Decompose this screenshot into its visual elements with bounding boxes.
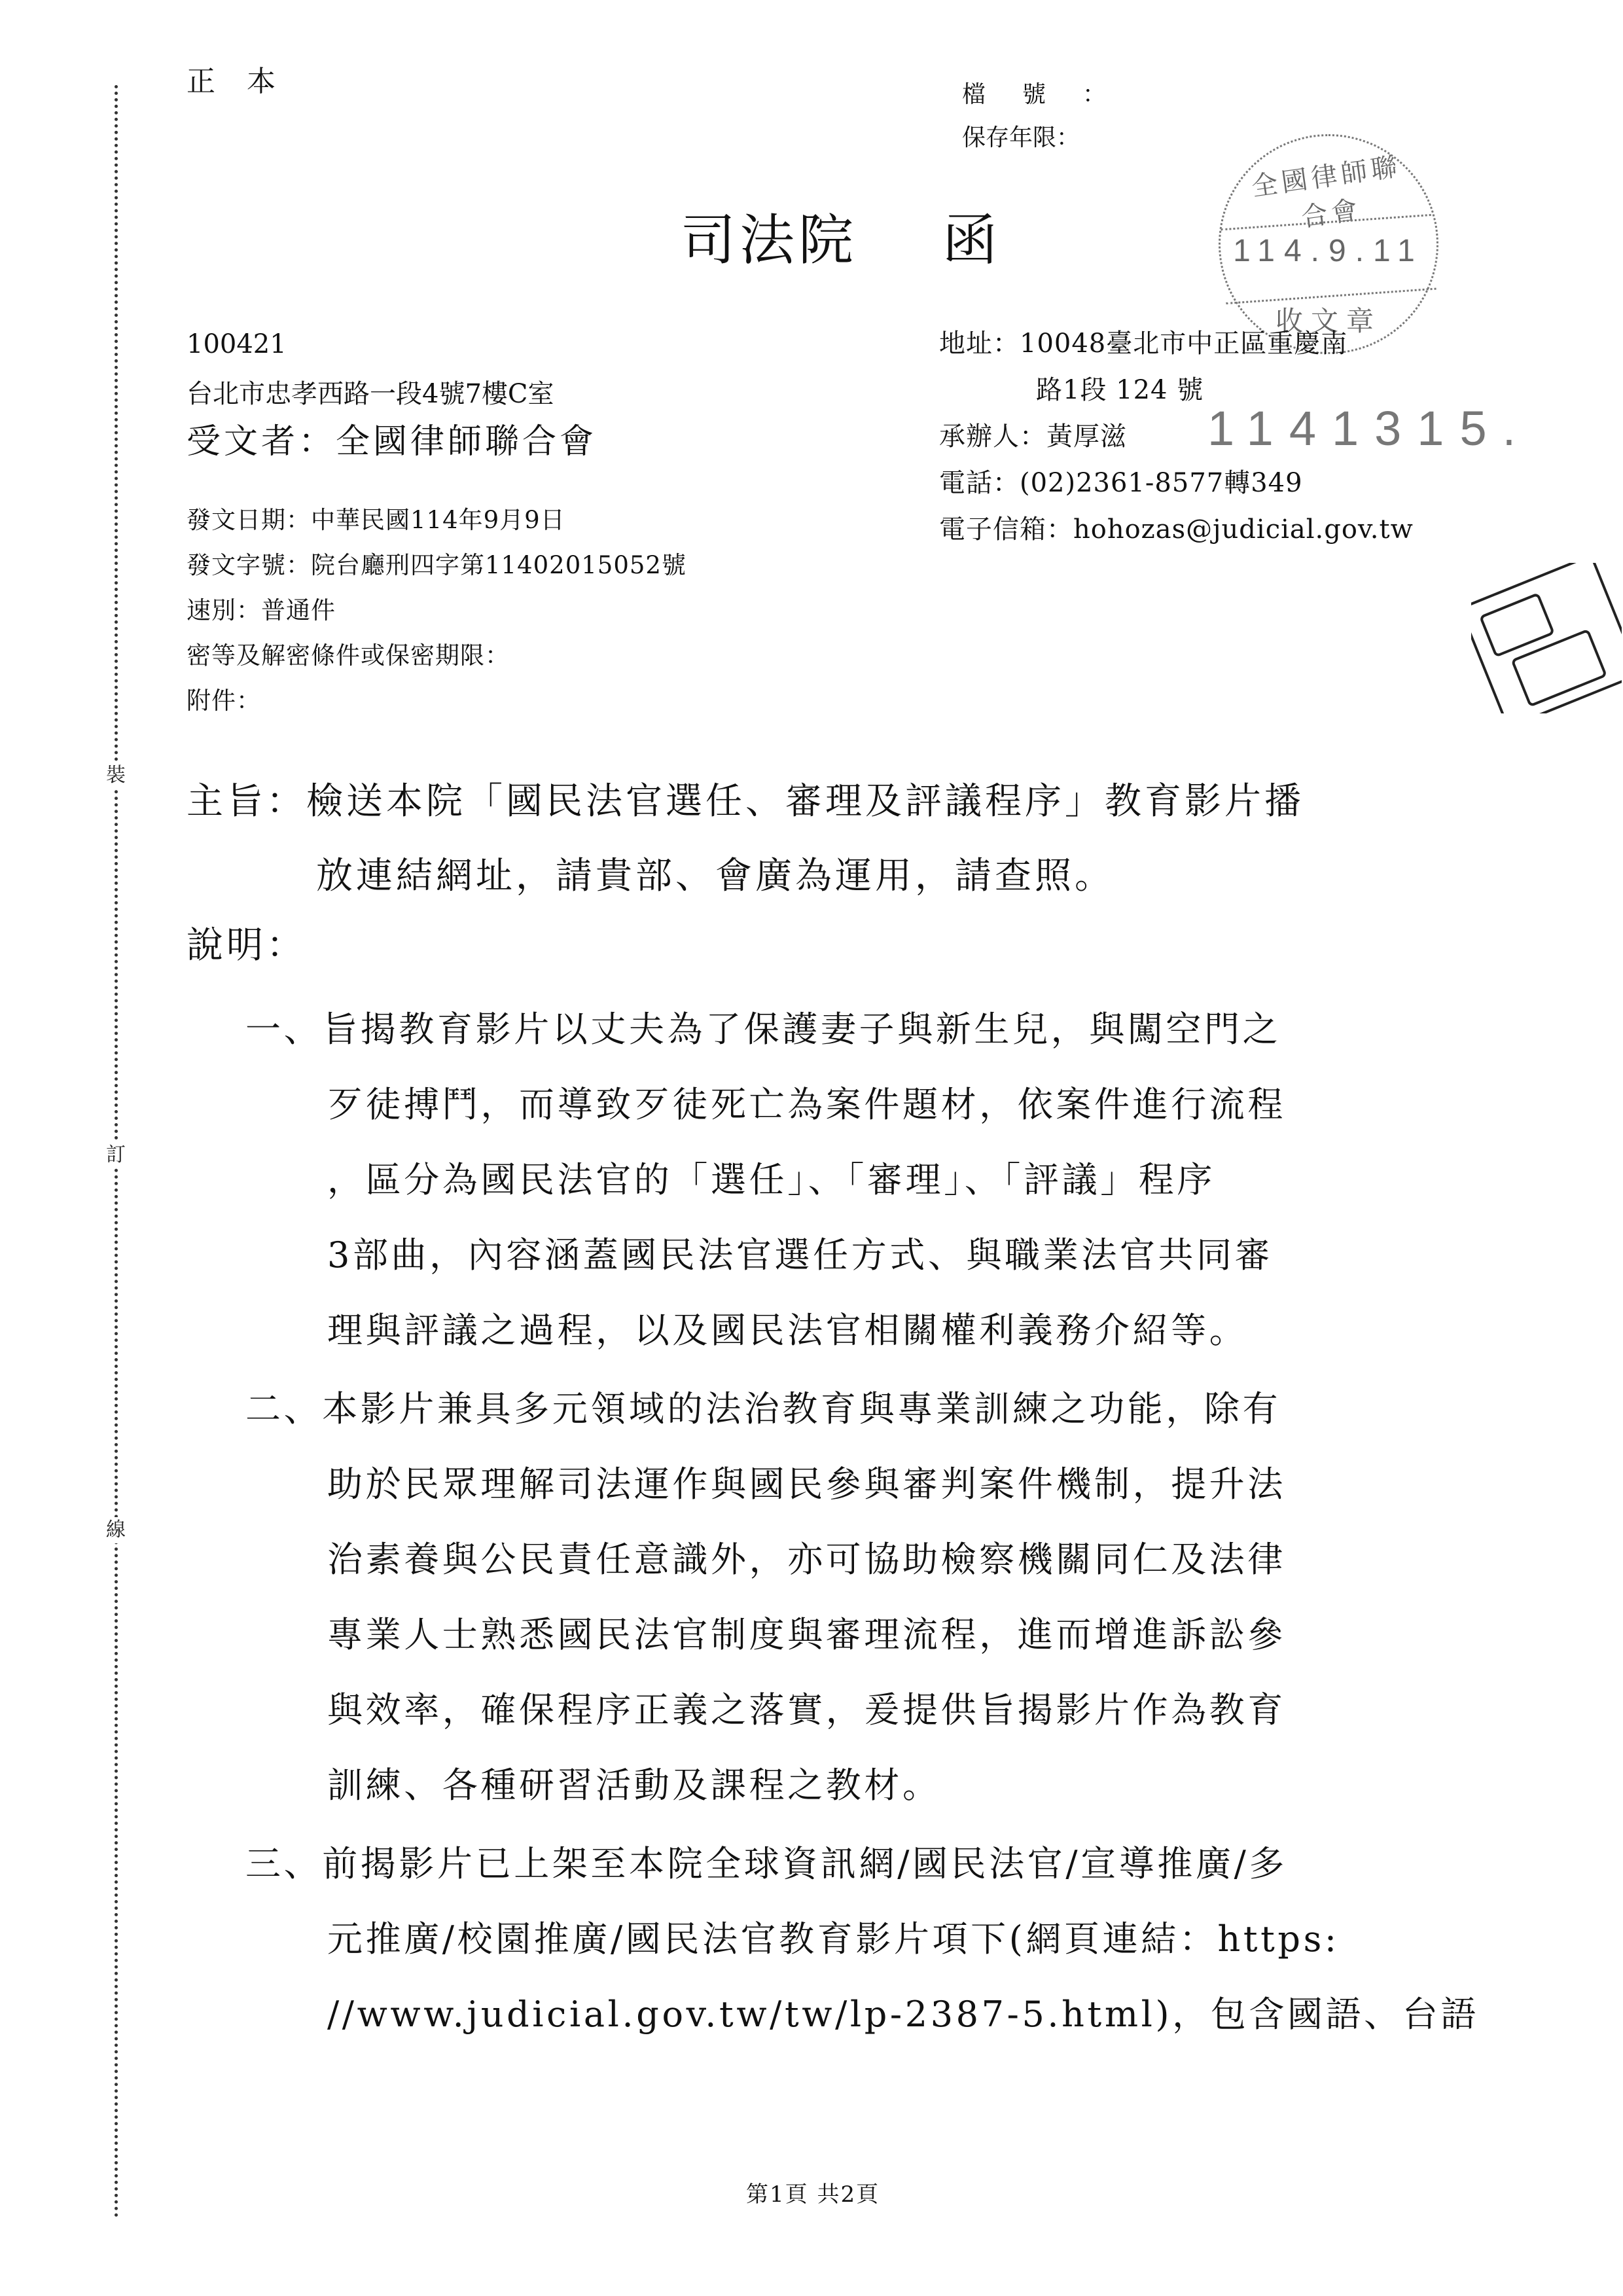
explanation-item-2: 二、本影片兼具多元領域的法治教育與專業訓練之功能，除有 助於民眾理解司法運作與國… — [245, 1371, 1479, 1823]
binding-char-zhuang: 裝 — [99, 762, 132, 789]
attachments: 附件： — [187, 678, 687, 723]
item-line-with-link: //www.judicial.gov.tw/tw/lp-2387-5.html)… — [245, 1977, 1479, 2052]
copy-mark: 正本 — [187, 58, 307, 99]
explanation-item-3: 三、前揭影片已上架至本院全球資訊網/國民法官/宣導推廣/多 元推廣/校園推廣/國… — [245, 1826, 1479, 2052]
item-line: 二、本影片兼具多元領域的法治教育與專業訓練之功能，除有 — [245, 1371, 1479, 1446]
document-meta: 發文日期：中華民國114年9月9日 發文字號：院台廳刑四字第1140201505… — [187, 497, 687, 723]
sender-address-line1: 地址：10048臺北市中正區重慶南 — [939, 321, 1414, 367]
file-meta: 檔號： 保存年限： — [962, 73, 1143, 160]
item-line: 三、前揭影片已上架至本院全球資訊網/國民法官/宣導推廣/多 — [245, 1826, 1479, 1901]
item-line: ，區分為國民法官的「選任」、「審理」、「評議」程序 — [245, 1142, 1479, 1217]
file-number-label: 檔號： — [962, 73, 1143, 117]
page-number: 第1頁 共2頁 — [746, 2176, 880, 2208]
street-address: 台北市忠孝西路一段4號7樓C室 — [187, 369, 554, 419]
email: 電子信箱：hohozas@judicial.gov.tw — [939, 507, 1414, 553]
received-number: 1141315. — [1207, 401, 1531, 456]
explanation-item-1: 一、旨揭教育影片以丈夫為了保護妻子與新生兒，與闖空門之 歹徒搏鬥，而導致歹徒死亡… — [245, 992, 1479, 1368]
binding-char-ding: 訂 — [99, 1142, 132, 1168]
binding-char-xian: 線 — [99, 1517, 132, 1543]
item-line: 助於民眾理解司法運作與國民參與審判案件機制，提升法 — [245, 1446, 1479, 1522]
document-title: 司法院函 — [681, 196, 1001, 276]
subject: 主旨：檢送本院「國民法官選任、審理及評議程序」教育影片播 放連結網址，請貴部、會… — [187, 764, 1304, 914]
explanation-items: 一、旨揭教育影片以丈夫為了保護妻子與新生兒，與闖空門之 歹徒搏鬥，而導致歹徒死亡… — [245, 992, 1479, 2052]
delivery-speed: 速別：普通件 — [187, 588, 687, 633]
retention-label: 保存年限： — [962, 117, 1143, 160]
item-line: 3部曲，內容涵蓋國民法官選任方式、與職業法官共同審 — [245, 1217, 1479, 1293]
stamp-date: 114.9.11 — [1221, 233, 1436, 269]
seal-frame — [1471, 563, 1622, 713]
item-line: 專業人士熟悉國民法官制度與審理流程，進而增進訴訟參 — [245, 1597, 1479, 1672]
agency-name: 司法院 — [681, 208, 857, 272]
issue-date: 發文日期：中華民國114年9月9日 — [187, 497, 687, 543]
subject-line: 放連結網址，請貴部、會廣為運用，請查照。 — [187, 839, 1304, 914]
item-line: 與效率，確保程序正義之落實，爰提供旨揭影片作為教育 — [245, 1672, 1479, 1748]
document-number: 發文字號：院台廳刑四字第11402015052號 — [187, 543, 687, 588]
phone: 電話：(02)2361-8577轉349 — [939, 460, 1414, 507]
item-line: 一、旨揭教育影片以丈夫為了保護妻子與新生兒，與闖空門之 — [245, 992, 1479, 1067]
subject-line: 主旨：檢送本院「國民法官選任、審理及評議程序」教育影片播 — [187, 764, 1304, 839]
item-line: 理與評議之過程，以及國民法官相關權利義務介紹等。 — [245, 1293, 1479, 1368]
explanation-label: 說明： — [187, 916, 306, 969]
item-line: 治素養與公民責任意識外，亦可協助檢察機關同仁及法律 — [245, 1522, 1479, 1597]
recipient: 受文者：全國律師聯合會 — [187, 414, 597, 463]
official-seal-icon — [1471, 563, 1622, 713]
item-line: 訓練、各種研習活動及課程之教材。 — [245, 1748, 1479, 1823]
item-line: 歹徒搏鬥，而導致歹徒死亡為案件題材，依案件進行流程 — [245, 1067, 1479, 1142]
confidentiality: 密等及解密條件或保密期限： — [187, 633, 687, 678]
postal-code: 100421 — [187, 319, 554, 369]
item-line: 元推廣/校園推廣/國民法官教育影片項下(網頁連結：https: — [245, 1901, 1479, 1977]
recipient-address: 100421 台北市忠孝西路一段4號7樓C室 — [187, 319, 554, 419]
document-type: 函 — [942, 208, 1001, 272]
